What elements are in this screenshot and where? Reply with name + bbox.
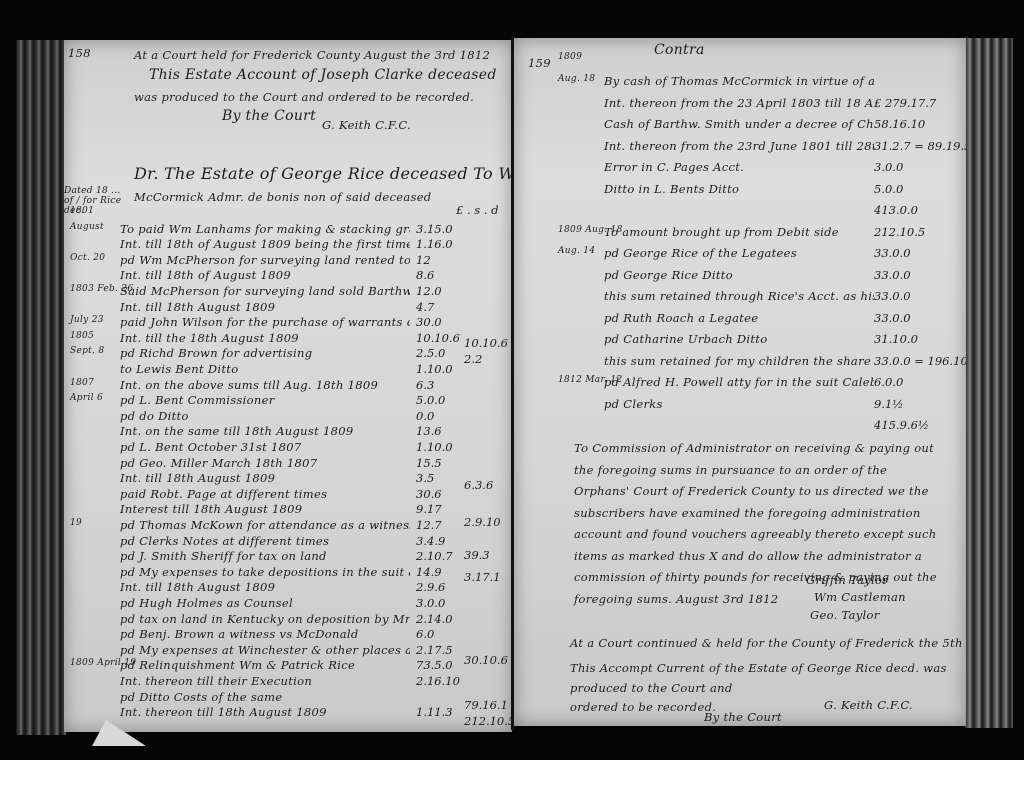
entry-amount: 3.15.0 [416,222,453,236]
signature: Geo. Taylor [810,608,880,622]
entry-date: 1805 [70,331,94,341]
entry-date: July 23 [70,315,104,325]
paper-tab [92,720,146,746]
right-page: 159 Contra 1809 Aug. 18By cash of Thomas… [514,38,966,726]
currency-header: £ . s . d [456,203,499,217]
entry-description: Int. till 18th August 1809 [120,300,275,314]
entry-description: pd Thomas McKown for attendance as a wit… [120,518,410,532]
entry-description: pd Ditto Costs of the same [120,690,283,704]
entry-amount: 33.0.0 = 196.10.0 [874,354,966,368]
entry-amount: 3.0.0 [874,160,903,174]
page-edges-left [16,40,66,735]
entry-description: pd J. Smith Sheriff for tax on land [120,549,327,563]
entry-amount: 9.1½ [874,397,903,411]
year: 1809 [558,52,582,62]
commission-note: To Commission of Administrator on receiv… [574,438,944,610]
entry-description: pd Relinquishment Wm & Patrick Rice [120,658,355,672]
entry-description: pd George Rice of the Legatees [604,246,797,260]
entry-description: pd Wm McPherson for surveying land rente… [120,253,410,267]
entry-description: Int. till the 18th August 1809 [120,331,299,345]
scan-background: 158 At a Court held for Frederick County… [0,0,1024,760]
entry-date: April 6 [70,393,103,403]
entry-description: Error in C. Pages Acct. [604,160,744,174]
closing-line: By the Court [704,710,782,724]
entry-description: pd Clerks Notes at different times [120,534,329,548]
page-number: 159 [528,56,551,70]
entry-amount: 3.5 [416,471,434,485]
entry-amount: 58.16.10 [874,117,925,131]
entry-description: Int. thereon from the 23 April 1803 till… [604,96,874,110]
subtotal-amount: 2.9.10 [464,515,501,529]
entry-amount: 31.10.0 [874,332,918,346]
entry-description: Int. till 18th of August 1809 [120,268,291,282]
contra-heading: Contra [654,42,705,58]
closing-line: ordered to be recorded. [570,700,716,714]
entry-description: to Lewis Bent Ditto [120,362,238,376]
signature: Wm Castleman [814,590,906,604]
entry-description: Interest till 18th August 1809 [120,502,302,516]
entry-amount: 6.3 [416,378,434,392]
header-line: was produced to the Court and ordered to… [134,90,474,104]
entry-description: Said McPherson for surveying land sold B… [120,284,410,298]
entry-description: paid Robt. Page at different times [120,487,327,501]
entry-description: pd My expenses to take depositions in th… [120,565,410,579]
entry-amount: 12.7 [416,518,442,532]
entry-amount: 1.16.0 [416,237,453,251]
entry-description: Int. till 18th of August 1809 being the … [120,237,410,251]
entry-description: Int. on the same till 18th August 1809 [120,424,353,438]
signature: Griffin Taylor [806,573,888,587]
entry-description: Int. till 18th August 1809 [120,471,275,485]
entry-description: pd Benj. Brown a witness vs McDonald [120,627,359,641]
entry-description: pd Ruth Roach a Legatee [604,311,758,325]
entry-amount: 33.0.0 [874,311,911,325]
entry-amount: 4.7 [416,300,434,314]
entry-amount: 2.14.0 [416,612,453,626]
account-subtitle: McCormick Admr. de bonis non of said dec… [134,190,431,204]
entry-amount: 5.0.0 [874,182,903,196]
entry-description: By cash of Thomas McCormick in virtue of… [604,74,874,88]
entry-description: Ditto in L. Bents Ditto [604,182,739,196]
entry-amount: 30.6 [416,487,442,501]
subtotal-amount: 2.2 [464,352,482,366]
entry-amount: 9.17 [416,502,442,516]
header-line: At a Court held for Frederick County Aug… [134,48,490,62]
entry-description: pd Geo. Miller March 18th 1807 [120,456,317,470]
entry-amount: 6.0 [416,627,434,641]
entry-date: Aug. 14 [558,246,595,256]
entry-amount: 1.10.0 [416,440,453,454]
entry-description: Int. till 18th August 1809 [120,580,275,594]
entry-amount: £ 279.17.7 [874,96,936,110]
entry-date: 1801 [70,206,94,216]
entry-amount: 12 [416,253,431,267]
page-edges-right [965,38,1013,728]
closing-line: At a Court continued & held for the Coun… [570,636,966,650]
entry-amount: 12.0 [416,284,442,298]
subtotal-amount: 6.3.6 [464,478,493,492]
entry-description: Cash of Barthw. Smith under a decree of … [604,117,874,131]
header-line: This Estate Account of Joseph Clarke dec… [149,67,497,83]
entry-description: pd tax on land in Kentucky on deposition… [120,612,410,626]
entry-description: Int. thereon till 18th August 1809 [120,705,327,719]
entry-amount: 33.0.0 [874,246,911,260]
subtotal-amount: 30.10.6 [464,653,508,667]
entry-description: pd Alfred H. Powell atty for in the suit… [604,375,874,389]
entry-description: pd Clerks [604,397,663,411]
entry-amount: 73.5.0 [416,658,453,672]
entry-description: Int. on the above sums till Aug. 18th 18… [120,378,378,392]
subtotal-amount: 10.10.6 [464,336,508,350]
entry-amount: 30.0 [416,315,442,329]
entry-date: Aug. 18 [558,74,595,84]
entry-amount: 413.0.0 [874,203,918,217]
subtotal-amount: 3.17.1 [464,570,501,584]
entry-description: pd do Ditto [120,409,189,423]
subtotal-amount: 79.16.1 [464,698,508,712]
account-title: Dr. The Estate of George Rice deceased T… [134,164,512,183]
entry-amount: 10.10.6 [416,331,460,345]
entry-date: Oct. 20 [70,253,105,263]
entry-amount: 8.6 [416,268,434,282]
entry-description: pd Catharine Urbach Ditto [604,332,767,346]
entry-amount: 3.4.9 [416,534,445,548]
entry-amount: 2.17.5 [416,643,453,657]
entry-amount: 31.2.7 = 89.19.5 [874,139,966,153]
subtotal-amount: 212.10.5 [464,714,512,728]
entry-description: Int. thereon from the 23rd June 1801 til… [604,139,874,153]
header-line: By the Court [222,108,316,124]
entry-amount: 2.10.7 [416,549,453,563]
entry-description: pd George Rice Ditto [604,268,733,282]
signature: G. Keith C.F.C. [322,118,411,132]
signature: G. Keith C.F.C. [824,698,913,712]
entry-description: pd Richd Brown for advertising [120,346,312,360]
entry-date: 19 [70,518,82,528]
entry-description: pd Hugh Holmes as Counsel [120,596,293,610]
entry-description: To paid Wm Lanhams for making & stacking… [120,222,410,236]
closing-line: This Accompt Current of the Estate of Ge… [570,658,950,698]
entry-date: August [70,222,104,232]
entry-amount: 3.0.0 [416,596,445,610]
entry-amount: 33.0.0 [874,289,911,303]
entry-description: Int. thereon till their Execution [120,674,312,688]
subtotal-amount: 39.3 [464,548,490,562]
entry-amount: 13.6 [416,424,442,438]
entry-amount: 14.9 [416,565,442,579]
entry-amount: 0.0 [416,409,434,423]
entry-amount: 5.0.0 [416,393,445,407]
entry-amount: 2.9.6 [416,580,445,594]
entry-amount: 212.10.5 [874,225,925,239]
entry-description: pd My expenses at Winchester & other pla… [120,643,410,657]
page-number: 158 [68,46,91,60]
entry-description: this sum retained through Rice's Acct. a… [604,289,874,303]
entry-description: pd L. Bent October 31st 1807 [120,440,301,454]
entry-description: pd L. Bent Commissioner [120,393,275,407]
entry-amount: 33.0.0 [874,268,911,282]
entry-description: this sum retained for my children the sh… [604,354,874,368]
entry-amount: 415.9.6½ [874,418,929,432]
entry-description: paid John Wilson for the purchase of war… [120,315,410,329]
entry-amount: 2.5.0 [416,346,445,360]
entry-amount: 1.10.0 [416,362,453,376]
entry-description: To amount brought up from Debit side [604,225,839,239]
left-page: 158 At a Court held for Frederick County… [64,40,512,732]
entry-amount: 6.0.0 [874,375,903,389]
entry-amount: 2.16.10 [416,674,460,688]
entry-date: 1807 [70,378,94,388]
entry-date: Sept. 8 [70,346,104,356]
entry-amount: 1.11.3 [416,705,453,719]
entry-amount: 15.5 [416,456,442,470]
